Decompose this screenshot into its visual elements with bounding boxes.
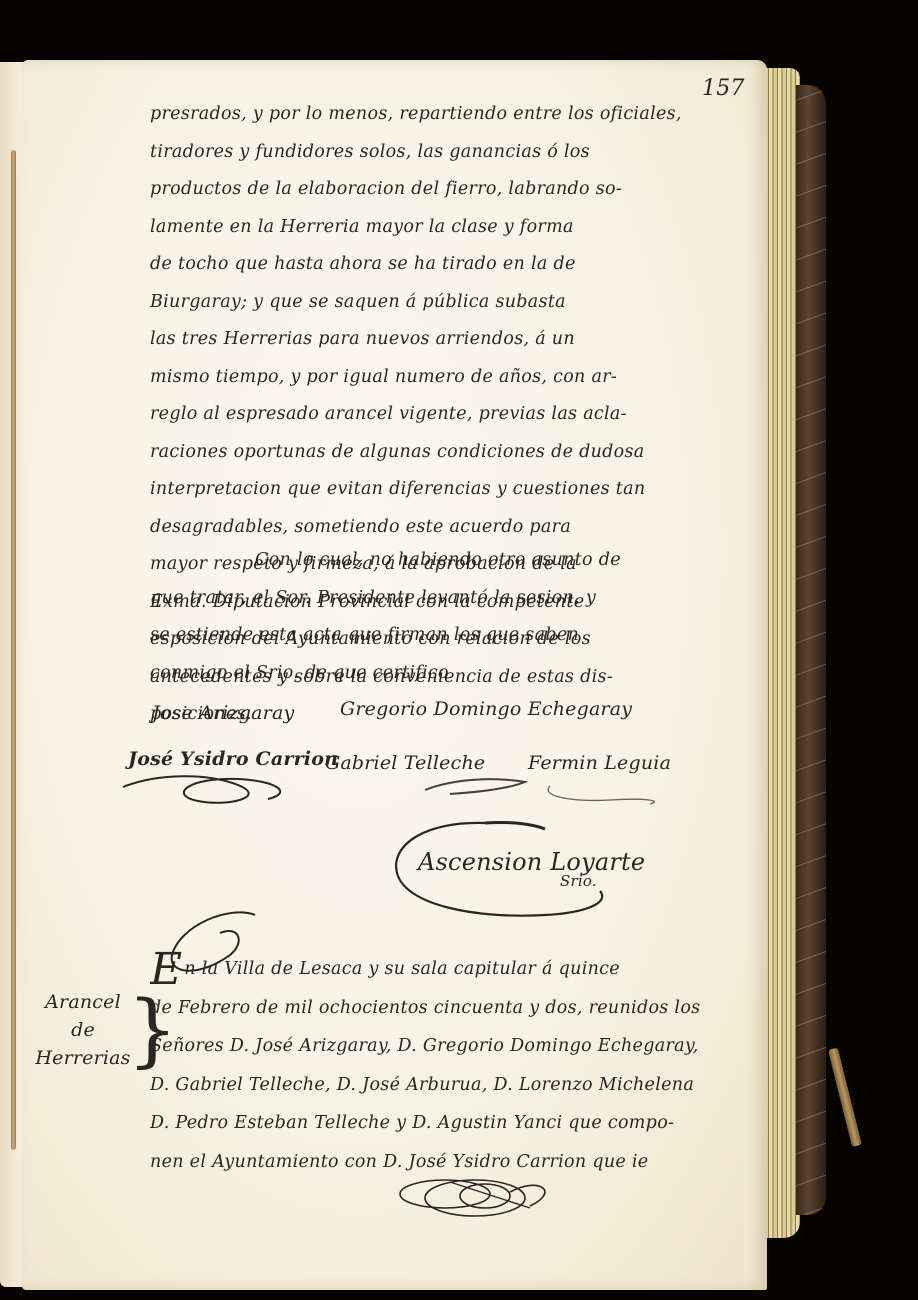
margin-note-line: Herrerias	[28, 1044, 138, 1072]
body-line: desagradables, sometiendo este acuerdo p…	[150, 509, 750, 547]
closing-paragraph: Con lo cual, no habiendo otro asunto de …	[150, 542, 750, 692]
body-line: de tocho que hasta ahora se ha tirado en…	[150, 246, 750, 284]
signature-flourish-icon	[118, 765, 308, 810]
body-line: raciones oportunas de algunas condicione…	[150, 434, 750, 472]
entry-line: D. Pedro Esteban Telleche y D. Agustin Y…	[150, 1104, 750, 1143]
closing-line: Con lo cual, no habiendo otro asunto de	[150, 542, 750, 580]
binding-thread	[11, 150, 16, 1150]
bookmark-ribbon	[828, 1048, 862, 1147]
body-line: tiradores y fundidores solos, las gananc…	[150, 134, 750, 172]
signature: Fermin Leguia	[528, 752, 671, 774]
margin-note-line: de	[28, 1016, 138, 1044]
signature: Gregorio Domingo Echegaray	[340, 698, 632, 720]
body-line: Biurgaray; y que se saquen á pública sub…	[150, 284, 750, 322]
body-line: interpretacion que evitan diferencias y …	[150, 471, 750, 509]
entry-line: Señores D. José Arizgaray, D. Gregorio D…	[150, 1027, 750, 1066]
entry-line-text: n la Villa de Lesaca y su sala capitular…	[184, 959, 620, 979]
entry-line: En la Villa de Lesaca y su sala capitula…	[150, 950, 750, 989]
margin-note-line: Arancel	[28, 988, 138, 1016]
body-line: las tres Herrerias para nuevos arriendos…	[150, 321, 750, 359]
closing-flourish-icon	[390, 1172, 560, 1222]
body-line: presrados, y por lo menos, repartiendo e…	[150, 96, 750, 134]
entry-line: D. Gabriel Telleche, D. José Arburua, D.…	[150, 1066, 750, 1105]
body-line: reglo al espresado arancel vigente, prev…	[150, 396, 750, 434]
closing-line: que tratar, el Sor. Presidente levantó l…	[150, 580, 750, 618]
margin-note: Arancel de Herrerias	[28, 988, 138, 1072]
body-line: mismo tiempo, y por igual numero de años…	[150, 359, 750, 397]
marbled-cover-edge	[796, 85, 826, 1215]
signature: Jose Arizgaray	[152, 702, 294, 724]
drop-cap: E	[150, 951, 182, 989]
notary-signature: Ascension Loyarte	[418, 848, 645, 876]
closing-line: se estiende esta acta que firman los que…	[150, 617, 750, 655]
body-line: lamente en la Herreria mayor la clase y …	[150, 209, 750, 247]
new-entry-text: En la Villa de Lesaca y su sala capitula…	[150, 950, 750, 1181]
closing-line: conmigo el Srio. de que certifico	[150, 655, 750, 693]
notary-title: Srio.	[560, 872, 597, 890]
entry-line: de Febrero de mil ochocientos cincuenta …	[150, 989, 750, 1028]
signature-flourish-icon	[420, 770, 540, 800]
body-line: productos de la elaboracion del fierro, …	[150, 171, 750, 209]
signature-flourish-icon	[540, 778, 670, 808]
